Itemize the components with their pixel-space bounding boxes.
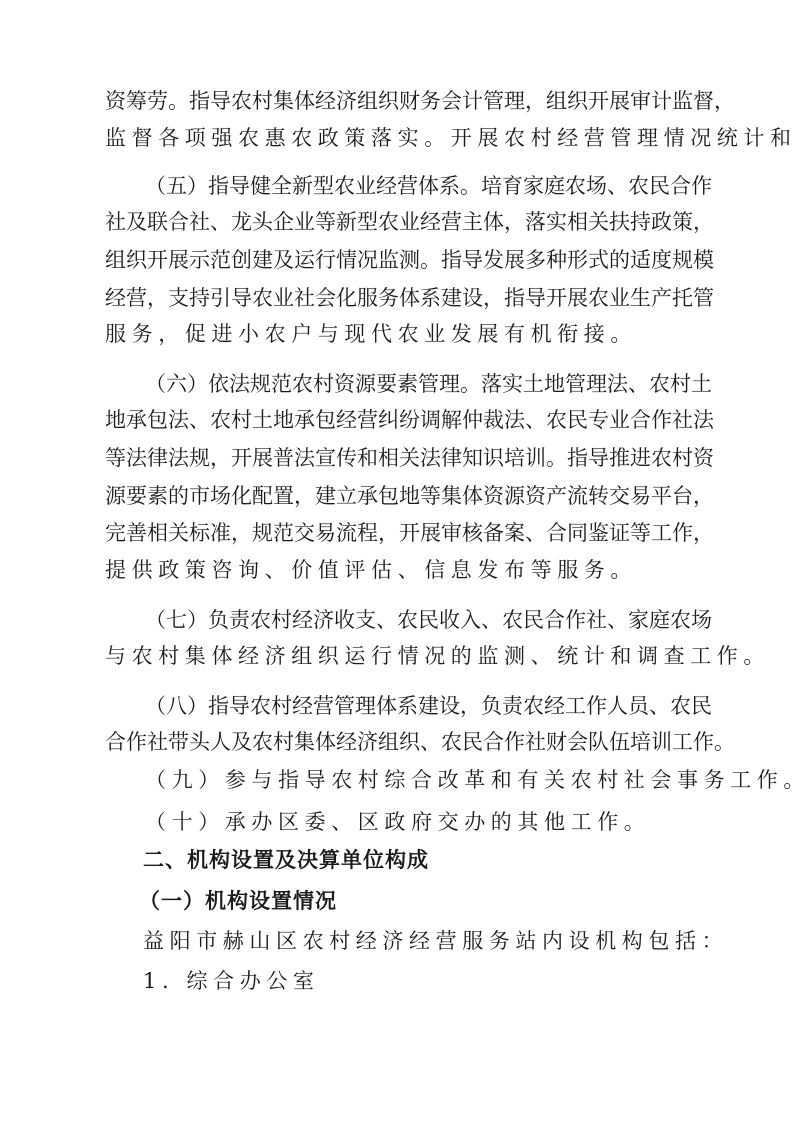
paragraph-7-first-line: （七）负责农村经济收支、农民收入、农民合作社、家庭农场 (145, 606, 691, 634)
paragraph-8-first-line: （八）指导农村经营管理体系建设，负责农经工作人员、农民 (145, 692, 691, 720)
body-line: 社及联合社、龙头企业等新型农业经营主体，落实相关扶持政策， (105, 208, 691, 236)
body-line: 监督各项强农惠农政策落实。开展农村经营管理情况统计和监测。 (105, 124, 793, 152)
body-line: 资筹劳。指导农村集体经济组织财务会计管理，组织开展审计监督， (105, 87, 691, 115)
body-line: 地承包法、农村土地承包经营纠纷调解仲裁法、农民专业合作社法 (105, 406, 691, 434)
paragraph-5-first-line: （五）指导健全新型农业经营体系。培育家庭农场、农民合作 (145, 172, 691, 200)
body-line: 提供政策咨询、价值评估、信息发布等服务。 (105, 556, 637, 584)
paragraph-10: （十）承办区委、区政府交办的其他工作。 (145, 808, 650, 836)
section-intro: 益阳市赫山区农村经济经营服务站内设机构包括： (143, 927, 728, 955)
body-line: 与农村集体经济组织运行情况的监测、统计和调查工作。 (105, 642, 770, 670)
body-line: 等法律法规，开展普法宣传和相关法律知识培训。指导推进农村资 (105, 444, 691, 472)
body-line: 服务，促进小农户与现代农业发展有机衔接。 (105, 320, 637, 348)
subsection-heading: （一）机构设置情况 (139, 887, 337, 915)
body-line: 源要素的市场化配置，建立承包地等集体资源资产流转交易平台， (105, 482, 691, 510)
list-item: 1. 综合办公室 (143, 967, 320, 995)
section-heading: 二、机构设置及决算单位构成 (143, 846, 429, 874)
body-line: 组织开展示范创建及运行情况监测。指导发展多种形式的适度规模 (105, 246, 691, 274)
body-line: 经营，支持引导农业社会化服务体系建设，指导开展农业生产托管 (105, 284, 691, 312)
body-line: 合作社带头人及农村集体经济组织、农民合作社财会队伍培训工作。 (105, 728, 691, 756)
body-line: 完善相关标准，规范交易流程，开展审核备案、合同鉴证等工作， (105, 519, 691, 547)
paragraph-9: （九）参与指导农村综合改革和有关农村社会事务工作。 (145, 766, 793, 794)
paragraph-6-first-line: （六）依法规范农村资源要素管理。落实土地管理法、农村土 (145, 370, 691, 398)
